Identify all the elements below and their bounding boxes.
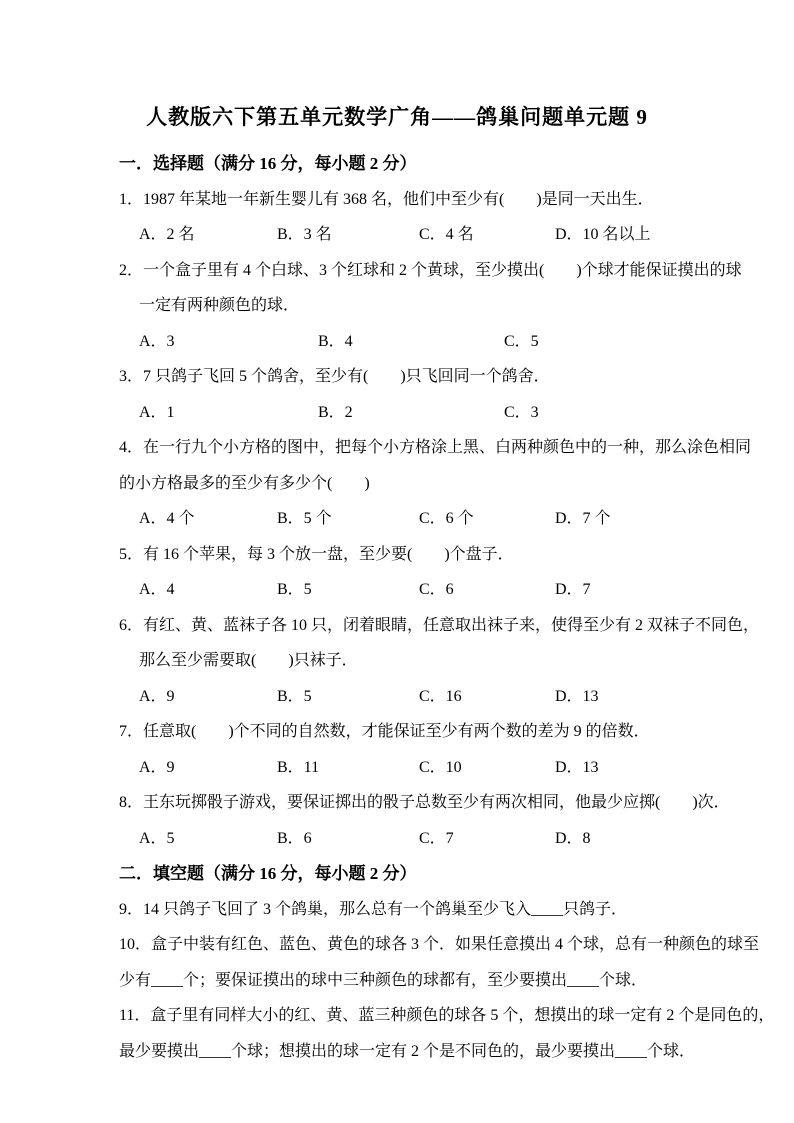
question-4-option-c: C．6 个 — [419, 501, 474, 537]
question-11-text-line-1: 11．盒子里有同样大小的红、黄、蓝三种颜色的球各 5 个，想摸出的球一定有 2 … — [0, 998, 794, 1034]
question-3-option-c: C．3 — [504, 395, 539, 431]
question-5-option-c: C．6 — [419, 572, 454, 608]
question-4-text-line-1: 4．在一行九个小方格的图中，把每个小方格涂上黑、白两种颜色中的一种，那么涂色相同 — [0, 430, 794, 466]
question-1-option-d: D．10 名以上 — [555, 217, 651, 253]
question-1-option-b: B．3 名 — [277, 217, 332, 253]
question-2-option-c: C．5 — [504, 324, 539, 360]
question-4-option-b: B．5 个 — [277, 501, 332, 537]
question-5-text: 5．有 16 个苹果，每 3 个放一盘，至少要( )个盘子． — [0, 537, 794, 573]
question-7-text: 7．任意取( )个不同的自然数，才能保证至少有两个数的差为 9 的倍数． — [0, 714, 794, 750]
question-7-options: A．9 B．11 C．10 D．13 — [0, 750, 794, 786]
question-3-options: A．1 B．2 C．3 — [0, 395, 794, 431]
question-1-option-c: C．4 名 — [419, 217, 474, 253]
question-2-options: A．3 B．4 C．5 — [0, 324, 794, 360]
question-4-option-a: A．4 个 — [139, 501, 195, 537]
question-1-options: A．2 名 B．3 名 C．4 名 D．10 名以上 — [0, 217, 794, 253]
question-1-option-a: A．2 名 — [139, 217, 195, 253]
question-8-option-a: A．5 — [139, 821, 175, 857]
question-10-text-line-1: 10．盒子中装有红色、蓝色、黄色的球各 3 个．如果任意摸出 4 个球，总有一种… — [0, 927, 794, 963]
question-6-option-b: B．5 — [277, 679, 312, 715]
question-5-options: A．4 B．5 C．6 D．7 — [0, 572, 794, 608]
exam-title: 人教版六下第五单元数学广角——鸽巢问题单元题 9 — [0, 101, 794, 131]
question-4-text-line-2: 的小方格最多的至少有多少个( ) — [0, 466, 794, 502]
question-7-option-d: D．13 — [555, 750, 599, 786]
question-7-option-a: A．9 — [139, 750, 175, 786]
question-3-option-b: B．2 — [318, 395, 353, 431]
question-8-option-b: B．6 — [277, 821, 312, 857]
question-4-option-d: D．7 个 — [555, 501, 611, 537]
question-11-text-line-2: 最少要摸出____个球；想摸出的球一定有 2 个是不同色的，最少要摸出____个… — [0, 1034, 794, 1070]
question-5-option-a: A．4 — [139, 572, 175, 608]
question-5-option-d: D．7 — [555, 572, 591, 608]
question-6-options: A．9 B．5 C．16 D．13 — [0, 679, 794, 715]
question-8-option-d: D．8 — [555, 821, 591, 857]
worksheet-page: 人教版六下第五单元数学广角——鸽巢问题单元题 9 一．选择题（满分 16 分，每… — [0, 0, 794, 1123]
question-3-option-a: A．1 — [139, 395, 175, 431]
question-6-option-d: D．13 — [555, 679, 599, 715]
section-1-heading: 一．选择题（满分 16 分，每小题 2 分） — [0, 146, 794, 182]
question-6-option-c: C．16 — [419, 679, 462, 715]
question-4-options: A．4 个 B．5 个 C．6 个 D．7 个 — [0, 501, 794, 537]
question-8-text: 8．王东玩掷骰子游戏，要保证掷出的骰子总数至少有两次相同，他最少应掷( )次． — [0, 785, 794, 821]
question-1-text: 1．1987 年某地一年新生婴儿有 368 名，他们中至少有( )是同一天出生． — [0, 182, 794, 218]
exam-body: 一．选择题（满分 16 分，每小题 2 分） 1．1987 年某地一年新生婴儿有… — [0, 146, 794, 1069]
question-6-option-a: A．9 — [139, 679, 175, 715]
section-2-heading: 二．填空题（满分 16 分，每小题 2 分） — [0, 856, 794, 892]
question-10-text-line-2: 少有____个；要保证摸出的球中三种颜色的球都有，至少要摸出____个球． — [0, 963, 794, 999]
question-5-option-b: B．5 — [277, 572, 312, 608]
question-9-text: 9．14 只鸽子飞回了 3 个鸽巢，那么总有一个鸽巢至少飞入____只鸽子． — [0, 892, 794, 928]
question-7-option-c: C．10 — [419, 750, 462, 786]
question-3-text: 3．7 只鸽子飞回 5 个鸽舍，至少有( )只飞回同一个鸽舍． — [0, 359, 794, 395]
question-8-options: A．5 B．6 C．7 D．8 — [0, 821, 794, 857]
question-7-option-b: B．11 — [277, 750, 319, 786]
question-2-option-b: B．4 — [318, 324, 353, 360]
question-2-text-line-1: 2．一个盒子里有 4 个白球、3 个红球和 2 个黄球，至少摸出( )个球才能保… — [0, 253, 794, 289]
question-2-text-line-2: 一定有两种颜色的球． — [0, 288, 794, 324]
question-6-text-line-1: 6．有红、黄、蓝袜子各 10 只，闭着眼睛，任意取出袜子来，使得至少有 2 双袜… — [0, 608, 794, 644]
question-8-option-c: C．7 — [419, 821, 454, 857]
question-2-option-a: A．3 — [139, 324, 175, 360]
question-6-text-line-2: 那么至少需要取( )只袜子． — [0, 643, 794, 679]
